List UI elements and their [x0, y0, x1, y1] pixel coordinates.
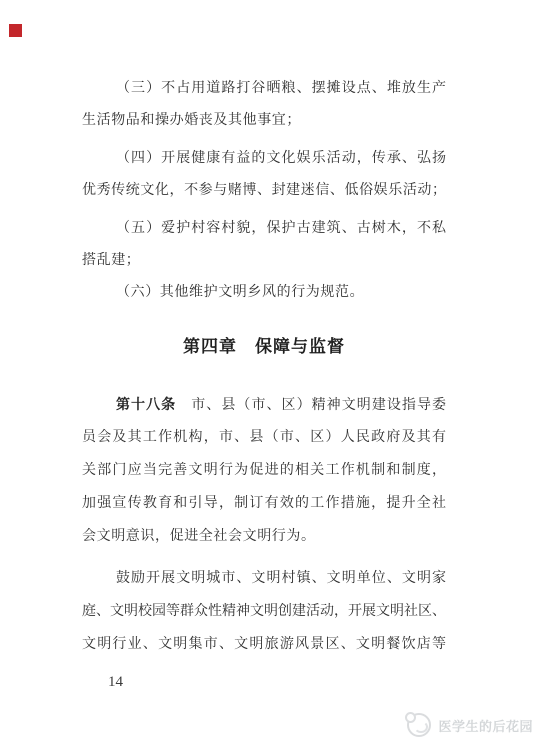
red-corner-mark — [9, 24, 22, 37]
clause-list-section: （三）不占用道路打谷晒粮、摆摊设点、堆放生产 生活物品和操办婚丧及其他事宜； （… — [82, 73, 446, 309]
clause-18-paragraph: 第十八条 市、县（市、区）精神文明建设指导委 员会及其工作机构，市、县（市、区）… — [82, 388, 446, 553]
body-line-10: 员会及其工作机构，市、县（市、区）人民政府及其有 — [82, 421, 446, 454]
document-body: （三）不占用道路打谷晒粮、摆摊设点、堆放生产 生活物品和操办婚丧及其他事宜； （… — [82, 73, 446, 695]
document-page: （三）不占用道路打谷晒粮、摆摊设点、堆放生产 生活物品和操办婚丧及其他事宜； （… — [0, 0, 539, 751]
clause-rest: 市、县（市、区）精神文明建设指导委 — [176, 398, 446, 413]
body-line-12: 加强宣传教育和引导，制订有效的工作措施，提升全社 — [82, 487, 446, 520]
body-line-1: （三）不占用道路打谷晒粮、摆摊设点、堆放生产 — [82, 73, 446, 105]
body-line-5: （五）爱护村容村貌，保护古建筑、古树木，不私 — [82, 213, 446, 245]
body-line-14: 鼓励开展文明城市、文明村镇、文明单位、文明家 — [82, 562, 446, 595]
body-line-13: 会文明意识，促进全社会文明行为。 — [82, 520, 446, 553]
body-line-4: 优秀传统文化，不参与赌博、封建迷信、低俗娱乐活动； — [82, 175, 446, 207]
body-line-6: 搭乱建； — [82, 245, 446, 277]
body-line-7: （六）其他维护文明乡风的行为规范。 — [82, 277, 446, 309]
body-line-15: 庭、文明校园等群众性精神文明创建活动，开展文明社区、 — [82, 595, 446, 628]
chapter-heading: 第四章 保障与监督 — [82, 332, 446, 362]
watermark: 医学生的后花园 — [407, 710, 533, 740]
body-line-3: （四）开展健康有益的文化娱乐活动，传承、弘扬 — [82, 143, 446, 175]
watermark-label: 医学生的后花园 — [438, 716, 533, 735]
body-line-11: 关部门应当完善文明行为促进的相关工作机制和制度， — [82, 454, 446, 487]
body-line-16: 文明行业、文明集市、文明旅游风景区、文明餐饮店等 — [82, 628, 446, 661]
encouragement-paragraph: 鼓励开展文明城市、文明村镇、文明单位、文明家 庭、文明校园等群众性精神文明创建活… — [82, 562, 446, 661]
clause-term: 第十八条 — [116, 396, 176, 412]
page-number: 14 — [108, 669, 446, 695]
watermark-logo-icon — [407, 713, 431, 737]
body-line-9: 第十八条 市、县（市、区）精神文明建设指导委 — [82, 388, 446, 421]
body-line-2: 生活物品和操办婚丧及其他事宜； — [82, 105, 446, 137]
